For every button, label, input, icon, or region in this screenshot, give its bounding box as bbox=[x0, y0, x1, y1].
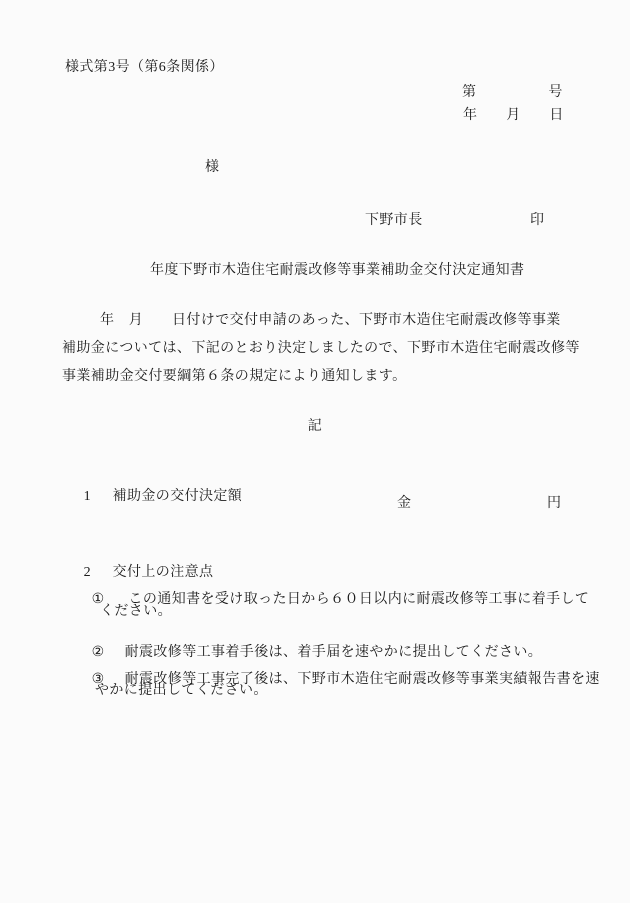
note-1-line-2: ください。 bbox=[100, 604, 172, 620]
body-line-2: 補助金については、下記のとおり決定しましたので、下野市木造住宅耐震改修等 bbox=[62, 341, 580, 357]
issue-date: 年 月 日 bbox=[463, 108, 564, 124]
addressee-suffix: 様 bbox=[205, 160, 219, 176]
body-line-1: 年 月 日付けで交付申請のあった、下野市木造住宅耐震改修等事業 bbox=[100, 313, 561, 329]
doc-number: 第 号 bbox=[462, 85, 563, 101]
section-1-number: 1 bbox=[84, 489, 113, 505]
form-number: 様式第3号（第6条関係） bbox=[65, 60, 224, 76]
amount-prefix: 金 bbox=[397, 496, 411, 512]
record-marker: 記 bbox=[0, 419, 630, 435]
body-line-3: 事業補助金交付要綱第６条の規定により通知します。 bbox=[62, 369, 406, 385]
note-1-text: この通知書を受け取った日から６０日以内に耐震改修等工事に着手して bbox=[125, 592, 590, 607]
seal-mark: 印 bbox=[530, 213, 544, 229]
issuer-name: 下野市長 bbox=[365, 213, 423, 229]
document-page: 様式第3号（第6条関係） 第 号 年 月 日 様 下野市長 印 年度下野市木造住… bbox=[0, 0, 630, 903]
document-title: 年度下野市木造住宅耐震改修等事業補助金交付決定通知書 bbox=[150, 263, 524, 279]
amount-suffix: 円 bbox=[547, 496, 561, 512]
section-1-heading: 1補助金の交付決定額 bbox=[68, 473, 242, 521]
note-3-line-2: やかに提出してください。 bbox=[95, 683, 268, 699]
section-1-title: 補助金の交付決定額 bbox=[113, 489, 243, 504]
